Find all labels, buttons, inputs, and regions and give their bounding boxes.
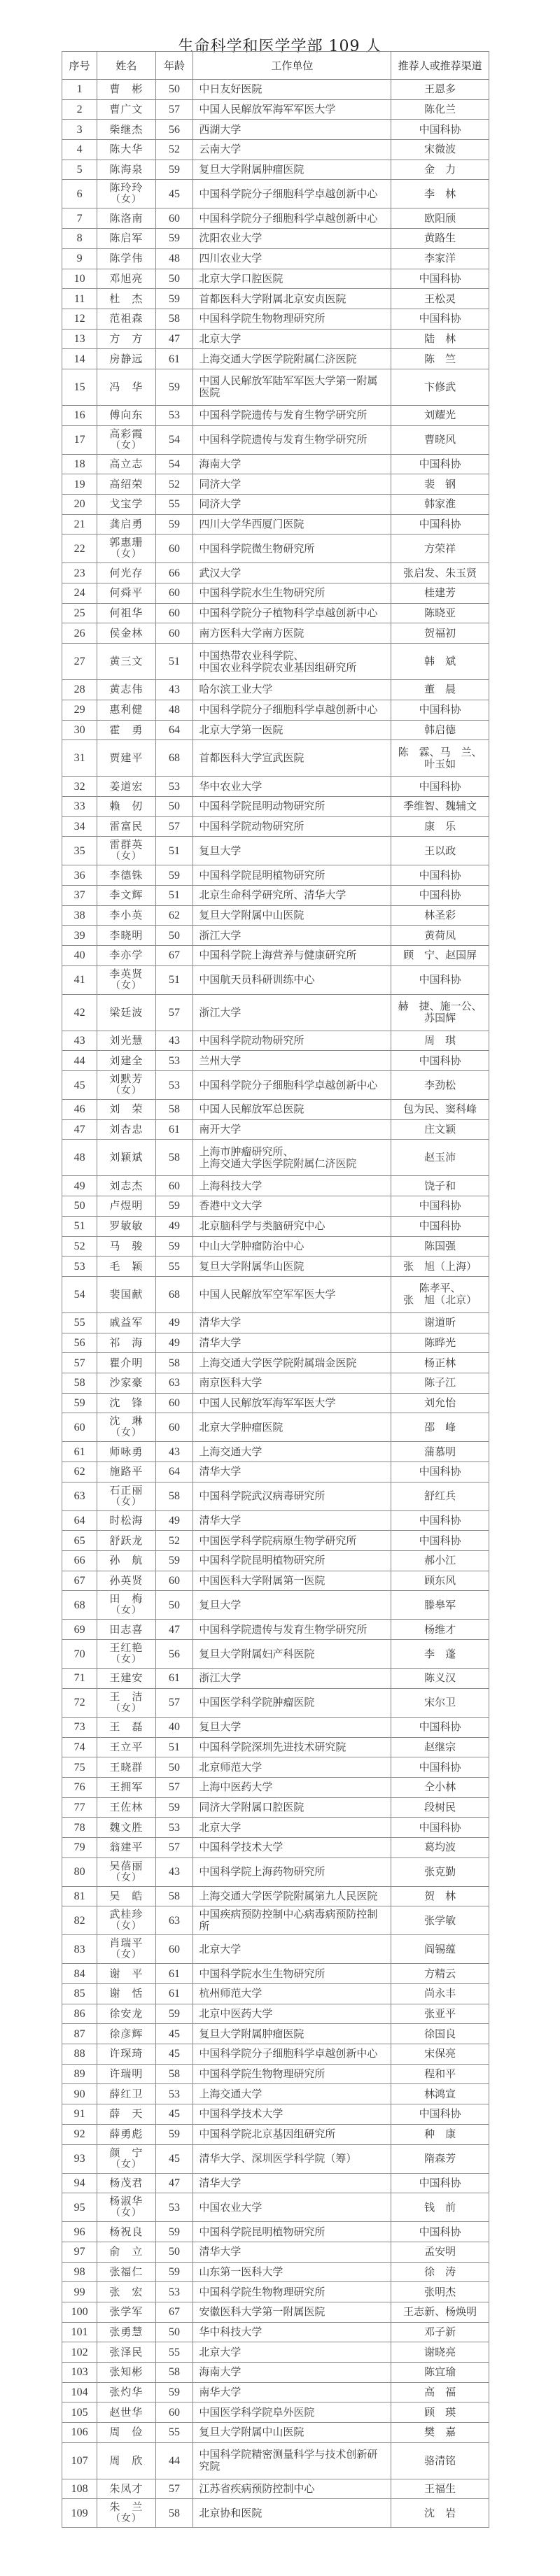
cell-number: 85: [62, 1984, 97, 2004]
cell-work-unit: 中国热带农业科学院、 中国农业科学院农业基因组研究所: [193, 644, 391, 680]
person-name: 黄三文: [97, 656, 155, 667]
cell-recommender: 钱 前: [391, 2193, 489, 2222]
person-name: 何舜平: [97, 587, 155, 599]
person-name: 卢煜明: [97, 1200, 155, 1212]
cell-age: 40: [155, 1717, 193, 1737]
cell-recommender: 中国科协: [391, 700, 489, 720]
cell-age: 50: [155, 1757, 193, 1778]
table-row: 100张学军67安徽医科大学第一附属医院王志新、杨焕明: [62, 2302, 489, 2322]
cell-work-unit: 杭州师范大学: [193, 1984, 391, 2004]
cell-name: 薛 天: [97, 2104, 156, 2125]
cell-recommender: 孟安明: [391, 2242, 489, 2262]
cell-name: 柴继杰: [97, 120, 156, 140]
cell-recommender: 杨正林: [391, 1353, 489, 1373]
table-row: 45刘默芳（女）53中国科学院分子细胞科学卓越创新中心李劲松: [62, 1071, 489, 1100]
person-name: 何祖华: [97, 607, 155, 619]
person-name: 冯 华: [97, 381, 155, 393]
person-name: 王 洁: [97, 1691, 155, 1703]
person-name: 李亦学: [97, 949, 155, 961]
cell-age: 57: [155, 1837, 193, 1857]
cell-recommender: 中国科协: [391, 865, 489, 886]
cell-age: 60: [155, 1393, 193, 1413]
cell-number: 86: [62, 2004, 97, 2024]
cell-age: 58: [155, 309, 193, 329]
cell-recommender: 隋森芳: [391, 2144, 489, 2173]
cell-age: 44: [155, 2442, 193, 2479]
cell-age: 58: [155, 1482, 193, 1510]
cell-age: 61: [155, 1964, 193, 1984]
cell-name: 曹 彬: [97, 80, 156, 100]
cell-work-unit: 清华大学: [193, 1462, 391, 1482]
cell-recommender: 杨维才: [391, 1620, 489, 1640]
cell-name: 施路平: [97, 1462, 156, 1482]
cell-name: 谢 恬: [97, 1984, 156, 2004]
cell-recommender: 赵继宗: [391, 1737, 489, 1757]
table-row: 59沈 锋60中国人民解放军海军军医大学刘允怡: [62, 1393, 489, 1413]
table-row: 76王拥军57上海中医药大学仝小林: [62, 1777, 489, 1797]
cell-recommender: 刘允怡: [391, 1393, 489, 1413]
cell-number: 25: [62, 603, 97, 623]
cell-name: 徐彦辉: [97, 2024, 156, 2044]
cell-name: 张学军: [97, 2302, 156, 2322]
cell-name: 李文辉: [97, 885, 156, 905]
cell-name: 李晓明: [97, 926, 156, 946]
table-row: 104张灼华59南华大学高 福: [62, 2382, 489, 2402]
cell-number: 4: [62, 140, 97, 160]
cell-age: 53: [155, 1071, 193, 1100]
cell-work-unit: 复旦大学附属中山医院: [193, 2423, 391, 2443]
cell-age: 58: [155, 1886, 193, 1906]
cell-name: 吴 皓: [97, 1886, 156, 1906]
person-name: 李小英: [97, 910, 155, 921]
person-name: 吴 皓: [97, 1890, 155, 1902]
cell-name: 杨祝良: [97, 2222, 156, 2242]
table-row: 36李德铢59中国科学院昆明植物研究所中国科协: [62, 865, 489, 886]
cell-age: 60: [155, 583, 193, 604]
person-name: 薛 天: [97, 2108, 155, 2120]
cell-recommender: 金 力: [391, 160, 489, 180]
cell-number: 44: [62, 1051, 97, 1071]
cell-name: 范祖森: [97, 309, 156, 329]
cell-number: 6: [62, 180, 97, 208]
table-row: 18高立志54海南大学中国科协: [62, 454, 489, 474]
cell-number: 34: [62, 816, 97, 837]
table-row: 6陈玲玲（女）45中国科学院分子细胞科学卓越创新中心李 林: [62, 180, 489, 208]
table-row: 101张勇慧50华中科技大学邓子新: [62, 2322, 489, 2342]
cell-work-unit: 中国科学院遗传与发育生物学研究所: [193, 425, 391, 454]
cell-recommender: 桂建芳: [391, 583, 489, 604]
cell-work-unit: 中国科学院昆明植物研究所: [193, 1551, 391, 1571]
cell-number: 30: [62, 720, 97, 740]
person-name: 柴继杰: [97, 124, 155, 136]
cell-number: 91: [62, 2104, 97, 2125]
cell-age: 59: [155, 289, 193, 309]
person-name: 戈宝学: [97, 498, 155, 510]
cell-number: 75: [62, 1757, 97, 1778]
cell-recommender: 张 旭（上海）: [391, 1257, 489, 1277]
cell-name: 魏文胜: [97, 1818, 156, 1838]
person-name: 祁 海: [97, 1337, 155, 1349]
cell-work-unit: 香港中文大学: [193, 1196, 391, 1217]
table-row: 29惠利健48中国科学院分子细胞科学卓越创新中心中国科协: [62, 700, 489, 720]
cell-recommender: 康 乐: [391, 816, 489, 837]
cell-number: 31: [62, 740, 97, 777]
cell-name: 许瑞明: [97, 2064, 156, 2084]
cell-work-unit: 复旦大学: [193, 1717, 391, 1737]
cell-work-unit: 北京脑科学与类脑研究中心: [193, 1216, 391, 1236]
cell-work-unit: 中国科学院分子细胞科学卓越创新中心: [193, 208, 391, 229]
cell-age: 63: [155, 1373, 193, 1393]
table-row: 3柴继杰56西湖大学中国科协: [62, 120, 489, 140]
cell-work-unit: 中国科学院水生生物研究所: [193, 1964, 391, 1984]
cell-age: 59: [155, 160, 193, 180]
person-name: 沈 锋: [97, 1397, 155, 1409]
roster-table: 序号 姓名 年龄 工作单位 推荐人或推荐渠道 1曹 彬50中日友好医院王恩多2曹…: [62, 51, 489, 2528]
cell-age: 52: [155, 140, 193, 160]
cell-age: 52: [155, 474, 193, 495]
cell-number: 11: [62, 289, 97, 309]
person-name: 何光存: [97, 567, 155, 579]
cell-recommender: 宋尔卫: [391, 1688, 489, 1717]
cell-recommender: 黄荷凤: [391, 926, 489, 946]
cell-number: 73: [62, 1717, 97, 1737]
cell-name: 时松海: [97, 1510, 156, 1531]
cell-name: 高彩霞（女）: [97, 425, 156, 454]
cell-age: 59: [155, 229, 193, 249]
person-name: 王 磊: [97, 1721, 155, 1733]
cell-recommender: 陈子江: [391, 1373, 489, 1393]
cell-name: 何光存: [97, 563, 156, 583]
person-name: 雷群英: [97, 839, 155, 851]
cell-work-unit: 北京大学口腔医院: [193, 269, 391, 289]
cell-name: 王佐林: [97, 1797, 156, 1818]
person-name: 黄志伟: [97, 684, 155, 695]
cell-number: 63: [62, 1482, 97, 1510]
cell-age: 55: [155, 2342, 193, 2363]
cell-recommender: 中国科协: [391, 1757, 489, 1778]
cell-name: 祁 海: [97, 1333, 156, 1353]
cell-age: 47: [155, 1620, 193, 1640]
cell-number: 74: [62, 1737, 97, 1757]
cell-work-unit: 中国疾病预防控制中心病毒病预防控制所: [193, 1906, 391, 1935]
cell-work-unit: 北京大学: [193, 2342, 391, 2363]
person-name: 方 方: [97, 333, 155, 345]
cell-name: 龚启勇: [97, 514, 156, 535]
cell-recommender: 陈晔光: [391, 1333, 489, 1353]
cell-work-unit: 复旦大学附属肿瘤医院: [193, 160, 391, 180]
cell-name: 武桂珍（女）: [97, 1906, 156, 1935]
table-row: 51罗敏敏49北京脑科学与类脑研究中心中国科协: [62, 1216, 489, 1236]
cell-recommender: 林鸿宣: [391, 2084, 489, 2104]
table-row: 12范祖森58中国科学院生物物理研究所中国科协: [62, 309, 489, 329]
cell-recommender: 张启发、朱玉贤: [391, 563, 489, 583]
cell-age: 58: [155, 1140, 193, 1176]
cell-work-unit: 首都医科大学宣武医院: [193, 740, 391, 777]
cell-name: 李英贤（女）: [97, 965, 156, 994]
cell-number: 45: [62, 1071, 97, 1100]
cell-recommender: 蒲慕明: [391, 1442, 489, 1462]
cell-age: 58: [155, 2499, 193, 2528]
cell-recommender: 中国科协: [391, 1462, 489, 1482]
cell-number: 26: [62, 623, 97, 644]
person-name: 高彩霞: [97, 428, 155, 440]
table-row: 23何光存66武汉大学张启发、朱玉贤: [62, 563, 489, 583]
person-name: 舒跃龙: [97, 1535, 155, 1547]
cell-recommender: 段树民: [391, 1797, 489, 1818]
cell-age: 50: [155, 2322, 193, 2342]
cell-age: 64: [155, 720, 193, 740]
cell-number: 84: [62, 1964, 97, 1984]
cell-age: 59: [155, 1551, 193, 1571]
cell-recommender: 中国科协: [391, 965, 489, 994]
table-row: 79翁建平57中国科学技术大学葛均波: [62, 1837, 489, 1857]
person-name: 房静远: [97, 353, 155, 365]
cell-recommender: 陈 竺: [391, 349, 489, 369]
cell-work-unit: 中国人民解放军总医院: [193, 1100, 391, 1120]
person-name: 李英贤: [97, 968, 155, 980]
cell-work-unit: 山东第一医科大学: [193, 2262, 391, 2282]
cell-recommender: 宋微波: [391, 140, 489, 160]
cell-age: 68: [155, 740, 193, 777]
cell-number: 71: [62, 1669, 97, 1689]
table-row: 5陈海泉59复旦大学附属肿瘤医院金 力: [62, 160, 489, 180]
cell-number: 96: [62, 2222, 97, 2242]
cell-number: 37: [62, 885, 97, 905]
cell-age: 45: [155, 2144, 193, 2173]
cell-name: 周 俭: [97, 2423, 156, 2443]
cell-work-unit: 浙江大学: [193, 926, 391, 946]
cell-age: 62: [155, 905, 193, 926]
cell-name: 师咏勇: [97, 1442, 156, 1462]
cell-work-unit: 同济大学: [193, 495, 391, 515]
person-name: 周 欣: [97, 2455, 155, 2467]
cell-name: 沈 琳（女）: [97, 1413, 156, 1442]
cell-age: 53: [155, 2084, 193, 2104]
cell-name: 裴国献: [97, 1276, 156, 1312]
cell-age: 43: [155, 1442, 193, 1462]
table-row: 85谢 恬61杭州师范大学尚永丰: [62, 1984, 489, 2004]
cell-age: 45: [155, 180, 193, 208]
table-row: 93颜 宁（女）45清华大学、深圳医学科学院（筹）隋森芳: [62, 2144, 489, 2173]
person-name: 杨茂君: [97, 2177, 155, 2189]
cell-name: 杨淑华（女）: [97, 2193, 156, 2222]
cell-recommender: 刘耀光: [391, 405, 489, 425]
cell-recommender: 张明杰: [391, 2282, 489, 2302]
cell-work-unit: 复旦大学: [193, 837, 391, 865]
cell-number: 54: [62, 1276, 97, 1312]
cell-number: 15: [62, 369, 97, 405]
cell-name: 霍 勇: [97, 720, 156, 740]
cell-name: 王晓群: [97, 1757, 156, 1778]
cell-work-unit: 同济大学附属口腔医院: [193, 1797, 391, 1818]
table-row: 99张 宏53中国科学院生物物理研究所张明杰: [62, 2282, 489, 2302]
table-row: 63石正丽（女）58中国科学院武汉病毒研究所舒红兵: [62, 1482, 489, 1510]
cell-work-unit: 北京大学肿瘤医院: [193, 1413, 391, 1442]
table-row: 68田 梅（女）50复旦大学滕皋军: [62, 1591, 489, 1620]
cell-recommender: 韩 斌: [391, 644, 489, 680]
cell-work-unit: 中山大学肿瘤防治中心: [193, 1236, 391, 1257]
person-name: 杜 杰: [97, 293, 155, 305]
cell-number: 66: [62, 1551, 97, 1571]
cell-recommender: 李劲松: [391, 1071, 489, 1100]
cell-name: 沈 锋: [97, 1393, 156, 1413]
table-row: 21龚启勇59四川大学华西厦门医院中国科协: [62, 514, 489, 535]
cell-number: 103: [62, 2363, 97, 2383]
cell-number: 99: [62, 2282, 97, 2302]
cell-work-unit: 北京大学: [193, 1935, 391, 1964]
person-name: 刘 荣: [97, 1103, 155, 1115]
gender-label: （女）: [97, 1872, 155, 1884]
cell-work-unit: 中国科学院昆明动物研究所: [193, 796, 391, 816]
cell-work-unit: 海南大学: [193, 2363, 391, 2383]
cell-name: 陈玲玲（女）: [97, 180, 156, 208]
cell-name: 卢煜明: [97, 1196, 156, 1217]
cell-number: 5: [62, 160, 97, 180]
person-name: 吴蓓丽: [97, 1860, 155, 1872]
table-row: 7陈洛南60中国科学院分子细胞科学卓越创新中心欧阳颀: [62, 208, 489, 229]
table-row: 96杨祝良59中国科学院昆明植物研究所中国科协: [62, 2222, 489, 2242]
cell-number: 107: [62, 2442, 97, 2479]
cell-name: 俞 立: [97, 2242, 156, 2262]
table-row: 50卢煜明59香港中文大学中国科协: [62, 1196, 489, 1217]
cell-recommender: 顾 瑛: [391, 2402, 489, 2423]
table-row: 15冯 华59中国人民解放军陆军军医大学第一附属医院卞修武: [62, 369, 489, 405]
cell-recommender: 中国科协: [391, 120, 489, 140]
cell-work-unit: 四川大学华西厦门医院: [193, 514, 391, 535]
cell-number: 94: [62, 2173, 97, 2193]
cell-number: 69: [62, 1620, 97, 1640]
cell-age: 59: [155, 369, 193, 405]
cell-age: 51: [155, 965, 193, 994]
person-name: 侯金林: [97, 628, 155, 639]
cell-number: 46: [62, 1100, 97, 1120]
cell-work-unit: 北京协和医院: [193, 2499, 391, 2528]
cell-number: 57: [62, 1353, 97, 1373]
person-name: 许琛琦: [97, 2048, 155, 2060]
cell-age: 58: [155, 2064, 193, 2084]
cell-name: 王 洁（女）: [97, 1688, 156, 1717]
cell-age: 66: [155, 563, 193, 583]
person-name: 罗敏敏: [97, 1220, 155, 1232]
cell-name: 高立志: [97, 454, 156, 474]
cell-number: 108: [62, 2479, 97, 2499]
cell-age: 60: [155, 535, 193, 563]
person-name: 张学军: [97, 2306, 155, 2318]
person-name: 龚启勇: [97, 518, 155, 530]
cell-recommender: 王以政: [391, 837, 489, 865]
table-row: 22郭惠珊（女）60中国科学院微生物研究所方荣祥: [62, 535, 489, 563]
cell-work-unit: 中国科学院生物物理研究所: [193, 309, 391, 329]
cell-age: 57: [155, 994, 193, 1031]
cell-number: 100: [62, 2302, 97, 2322]
cell-age: 59: [155, 2124, 193, 2144]
cell-work-unit: 南华大学: [193, 2382, 391, 2402]
person-name: 施路平: [97, 1466, 155, 1478]
cell-number: 60: [62, 1413, 97, 1442]
person-name: 梁廷波: [97, 1007, 155, 1019]
cell-work-unit: 复旦大学附属中山医院: [193, 905, 391, 926]
cell-age: 59: [155, 2004, 193, 2024]
table-row: 77王佐林59同济大学附属口腔医院段树民: [62, 1797, 489, 1818]
person-name: 马 骏: [97, 1240, 155, 1252]
person-name: 傅向东: [97, 409, 155, 421]
table-row: 33赖 仞50中国科学院昆明动物研究所季维智、魏辅文: [62, 796, 489, 816]
cell-number: 42: [62, 994, 97, 1031]
cell-age: 59: [155, 514, 193, 535]
gender-label: （女）: [97, 1085, 155, 1097]
person-name: 范祖森: [97, 313, 155, 325]
table-row: 61师咏勇43上海交通大学蒲慕明: [62, 1442, 489, 1462]
table-row: 67孙英贤60中国医科大学附属第一医院顾东风: [62, 1571, 489, 1591]
cell-recommender: 程和平: [391, 2064, 489, 2084]
cell-age: 59: [155, 2382, 193, 2402]
cell-number: 51: [62, 1216, 97, 1236]
cell-recommender: 阎锡蕴: [391, 1935, 489, 1964]
person-name: 张福仁: [97, 2266, 155, 2278]
table-row: 9陈学伟48四川农业大学李家洋: [62, 248, 489, 269]
person-name: 姜道宏: [97, 781, 155, 793]
cell-number: 105: [62, 2402, 97, 2423]
gender-label: （女）: [97, 851, 155, 863]
cell-number: 59: [62, 1393, 97, 1413]
person-name: 戚益军: [97, 1317, 155, 1329]
cell-name: 罗敏敏: [97, 1216, 156, 1236]
cell-recommender: 郝小江: [391, 1551, 489, 1571]
cell-recommender: 舒红兵: [391, 1482, 489, 1510]
person-name: 张灼华: [97, 2386, 155, 2398]
cell-work-unit: 清华大学: [193, 1312, 391, 1333]
cell-name: 惠利健: [97, 700, 156, 720]
cell-number: 48: [62, 1140, 97, 1176]
cell-number: 76: [62, 1777, 97, 1797]
cell-recommender: 中国科协: [391, 2104, 489, 2125]
person-name: 薛勇彪: [97, 2128, 155, 2140]
table-row: 102张泽民55北京大学谢晓亮: [62, 2342, 489, 2363]
cell-work-unit: 北京师范大学: [193, 1757, 391, 1778]
person-name: 武桂珍: [97, 1909, 155, 1920]
cell-number: 9: [62, 248, 97, 269]
cell-name: 戚益军: [97, 1312, 156, 1333]
table-row: 64时松海49清华大学中国科协: [62, 1510, 489, 1531]
person-name: 徐彦辉: [97, 2028, 155, 2040]
cell-name: 王建安: [97, 1669, 156, 1689]
person-name: 杨祝良: [97, 2226, 155, 2238]
gender-label: （女）: [97, 1496, 155, 1508]
person-name: 魏文胜: [97, 1822, 155, 1834]
table-row: 87徐彦辉45复旦大学附属肿瘤医院徐国良: [62, 2024, 489, 2044]
cell-number: 101: [62, 2322, 97, 2342]
cell-work-unit: 北京大学第一医院: [193, 720, 391, 740]
table-row: 91薛 天45中国科学技术大学中国科协: [62, 2104, 489, 2125]
cell-age: 63: [155, 1906, 193, 1935]
cell-age: 61: [155, 1669, 193, 1689]
cell-recommender: 陈 霖、马 兰、 叶玉如: [391, 740, 489, 777]
table-row: 49刘志杰60上海科技大学饶子和: [62, 1176, 489, 1196]
table-row: 73王 磊40复旦大学中国科协: [62, 1717, 489, 1737]
cell-name: 刘颖斌: [97, 1140, 156, 1176]
person-name: 谢 平: [97, 1968, 155, 1980]
cell-work-unit: 中国科学院生物物理研究所: [193, 2282, 391, 2302]
cell-name: 郭惠珊（女）: [97, 535, 156, 563]
cell-number: 50: [62, 1196, 97, 1217]
cell-name: 冯 华: [97, 369, 156, 405]
cell-recommender: 宋保亮: [391, 2044, 489, 2065]
person-name: 刘志杰: [97, 1180, 155, 1192]
cell-name: 梁廷波: [97, 994, 156, 1031]
table-row: 58沙家豪63南京医科大学陈子江: [62, 1373, 489, 1393]
table-row: 88许琛琦45中国科学院分子细胞科学卓越创新中心宋保亮: [62, 2044, 489, 2065]
cell-age: 49: [155, 1510, 193, 1531]
